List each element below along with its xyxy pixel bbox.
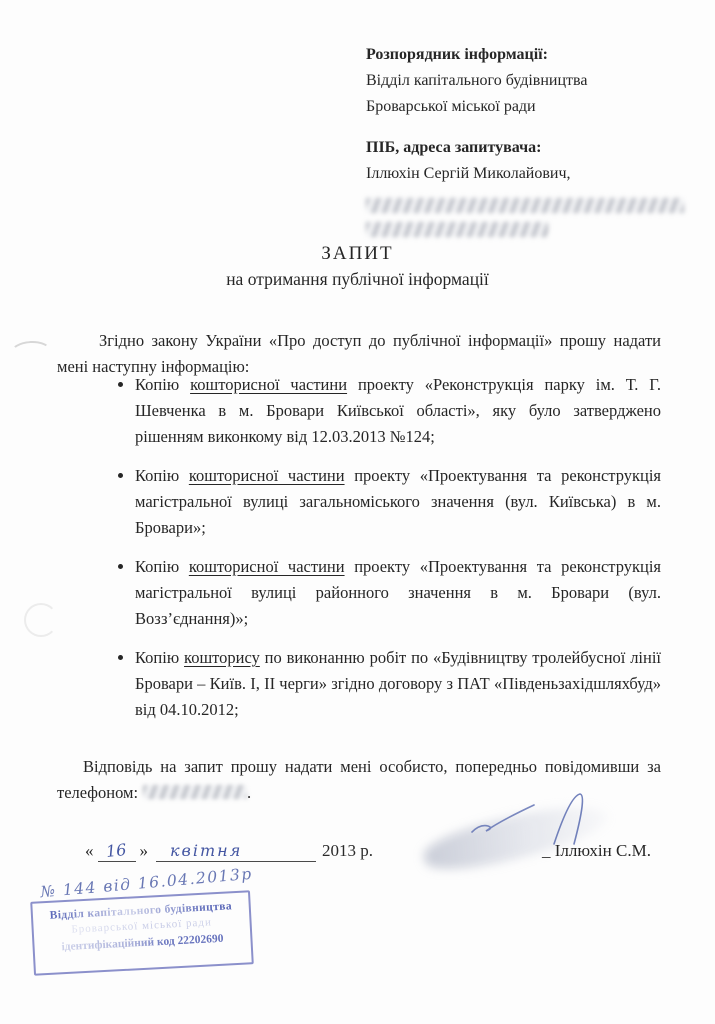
document-subtitle: на отримання публічної інформації [0, 269, 715, 290]
item-lead: Копію [135, 375, 179, 394]
recipient-line-1: Відділ капітального будівництва [366, 68, 686, 94]
recipient-line-2: Броварської міської ради [366, 94, 686, 120]
item-underlined: кошторисної частини [190, 375, 347, 394]
requester-name: Іллюхін Сергій Миколайович, [366, 161, 686, 187]
redacted-phone-number [143, 785, 247, 799]
request-item-3: Копію кошторисної частини проекту «Проек… [135, 554, 661, 632]
request-item-4: Копію кошторису по виконанню робіт по «Б… [135, 645, 661, 723]
signature-area: _ Іллюхін С.М. [420, 786, 690, 886]
scanned-letter-page: Розпорядник інформації: Відділ капітальн… [0, 0, 715, 1024]
item-underlined: кошторисної частини [189, 466, 345, 485]
closing-period: . [247, 783, 251, 802]
year-label: 2013 р. [322, 841, 373, 860]
redacted-address-line [366, 198, 684, 213]
handwritten-day-slot: 16 [98, 841, 136, 862]
quote-open: « [85, 841, 94, 860]
handwritten-day: 16 [105, 840, 127, 861]
item-lead: Копію [135, 466, 179, 485]
item-underlined: кошторисної частини [189, 557, 345, 576]
header-block: Розпорядник інформації: Відділ капітальн… [366, 42, 686, 237]
handwritten-month-slot: квітня [156, 841, 316, 862]
redacted-phone-line [366, 222, 548, 237]
margin-pen-arc-top [9, 340, 52, 366]
document-title: ЗАПИТ [0, 243, 715, 265]
stamp-area: № 144 від 16.04.2013р Відділ капітальног… [28, 872, 288, 987]
signature-caption: _ Іллюхін С.М. [542, 841, 651, 861]
registration-stamp: Відділ капітального будівництва Броварсь… [30, 890, 254, 975]
recipient-label: Розпорядник інформації: [366, 42, 686, 68]
item-underlined: кошторису [184, 648, 260, 667]
request-item-1: Копію кошторисної частини проекту «Рекон… [135, 372, 661, 450]
title-block: ЗАПИТ на отримання публічної інформації [0, 243, 715, 290]
request-item-2: Копію кошторисної частини проекту «Проек… [135, 463, 661, 541]
margin-pen-arc-bottom [24, 603, 58, 637]
requester-label: ПІБ, адреса запитувача: [366, 135, 686, 161]
item-lead: Копію [135, 648, 179, 667]
handwritten-month: квітня [170, 841, 242, 860]
signature-name: Іллюхін С.М. [555, 841, 651, 860]
signature-line: _ [542, 841, 551, 860]
date-line: «16»квітня2013 р. [85, 841, 373, 862]
request-items-list: Копію кошторисної частини проекту «Рекон… [57, 372, 661, 736]
quote-close: » [140, 841, 149, 860]
item-lead: Копію [135, 557, 179, 576]
